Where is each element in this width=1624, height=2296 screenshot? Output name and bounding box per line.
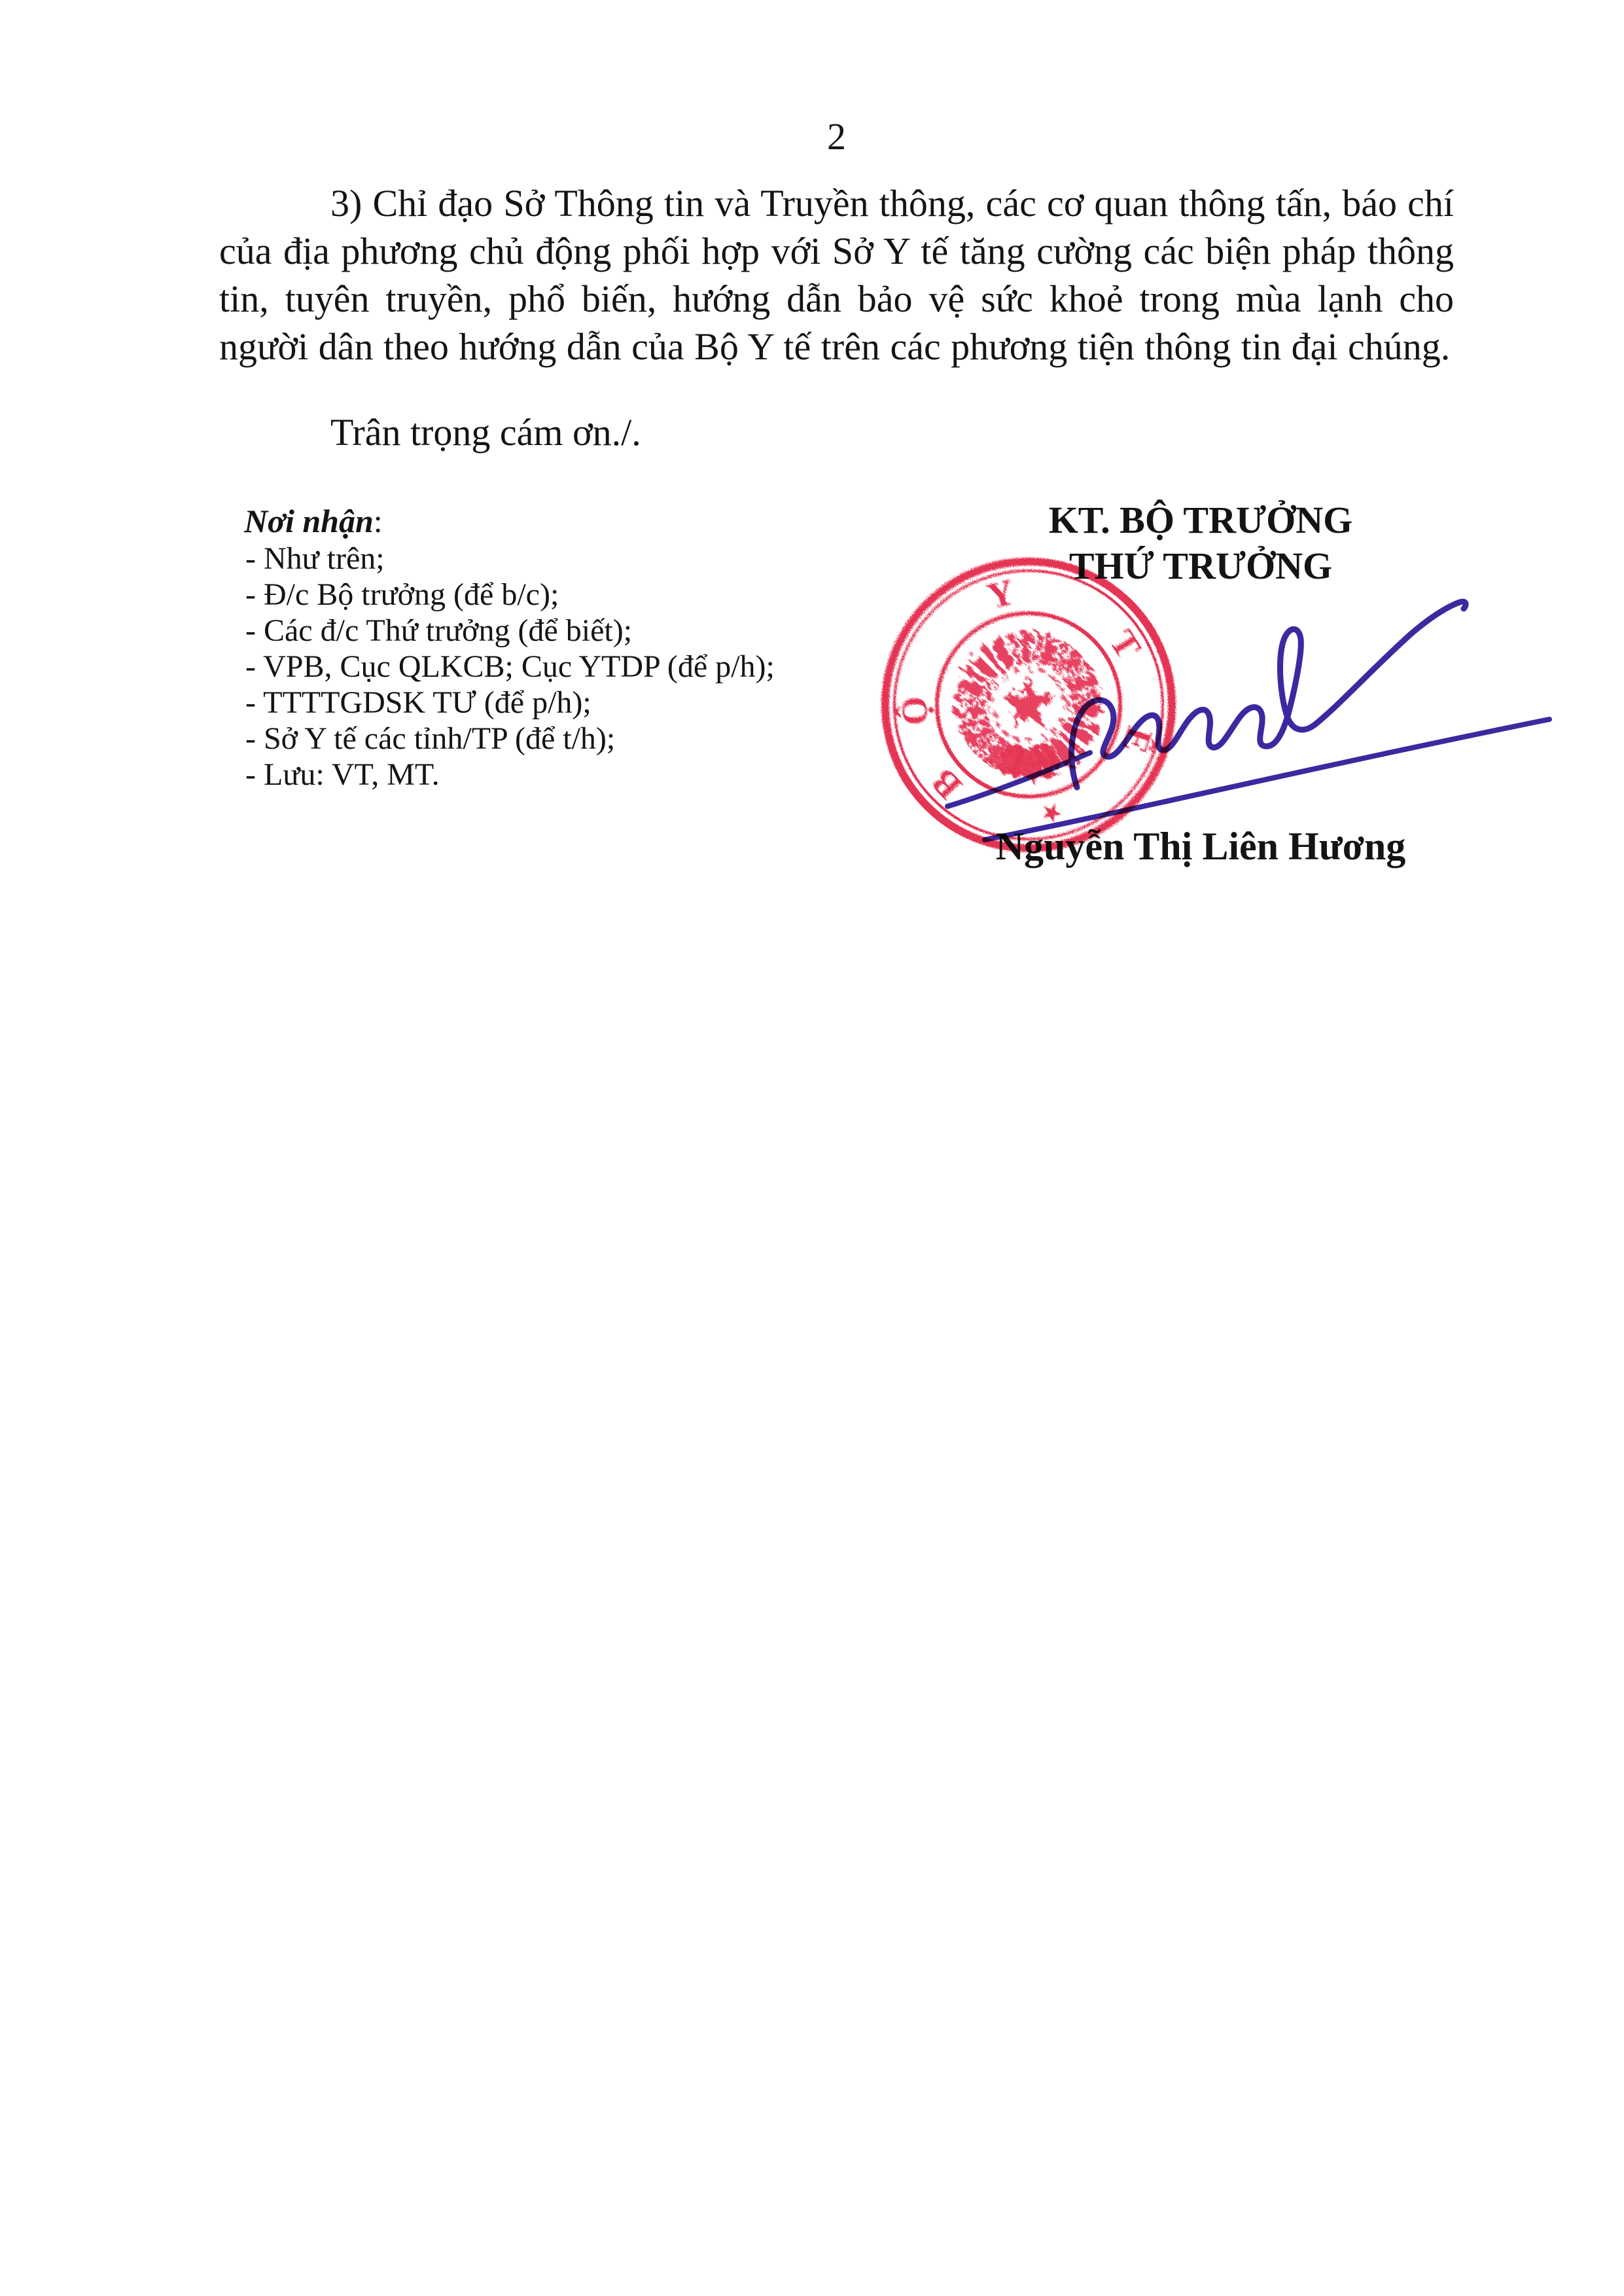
page-number: 2 bbox=[219, 113, 1454, 160]
signature-ink bbox=[947, 601, 1549, 840]
recipient-item: - Lưu: VT, MT. bbox=[245, 757, 833, 793]
signer-authority: KT. BỘ TRƯỞNG bbox=[972, 497, 1430, 543]
recipient-item: - Các đ/c Thứ trưởng (để biết); bbox=[245, 613, 833, 649]
recipients-label-colon: : bbox=[374, 503, 383, 539]
recipient-item: - Như trên; bbox=[245, 541, 833, 577]
handwritten-signature bbox=[811, 550, 1583, 890]
closing-line: Trân trọng cám ơn./. bbox=[330, 408, 641, 456]
recipient-item: - Sở Y tế các tỉnh/TP (để t/h); bbox=[245, 721, 833, 757]
signature-flourish bbox=[1072, 601, 1466, 787]
recipients-block: Nơi nhận: - Như trên;- Đ/c Bộ trưởng (để… bbox=[244, 503, 833, 793]
recipients-label-text: Nơi nhận bbox=[244, 503, 374, 539]
recipients-label: Nơi nhận: bbox=[244, 503, 833, 539]
recipients-list: - Như trên;- Đ/c Bộ trưởng (để b/c);- Cá… bbox=[245, 541, 833, 793]
recipient-item: - TTTTGDSK TƯ (để p/h); bbox=[245, 685, 833, 721]
recipient-item: - VPB, Cục QLKCB; Cục YTDP (để p/h); bbox=[245, 649, 833, 685]
signature-underline bbox=[985, 719, 1549, 840]
document-page: 2 3) Chỉ đạo Sở Thông tin và Truyền thôn… bbox=[0, 0, 1624, 2296]
recipient-item: - Đ/c Bộ trưởng (để b/c); bbox=[245, 577, 833, 613]
body-paragraph: 3) Chỉ đạo Sở Thông tin và Truyền thông,… bbox=[219, 179, 1454, 370]
signature-entry-stroke bbox=[947, 753, 1090, 806]
